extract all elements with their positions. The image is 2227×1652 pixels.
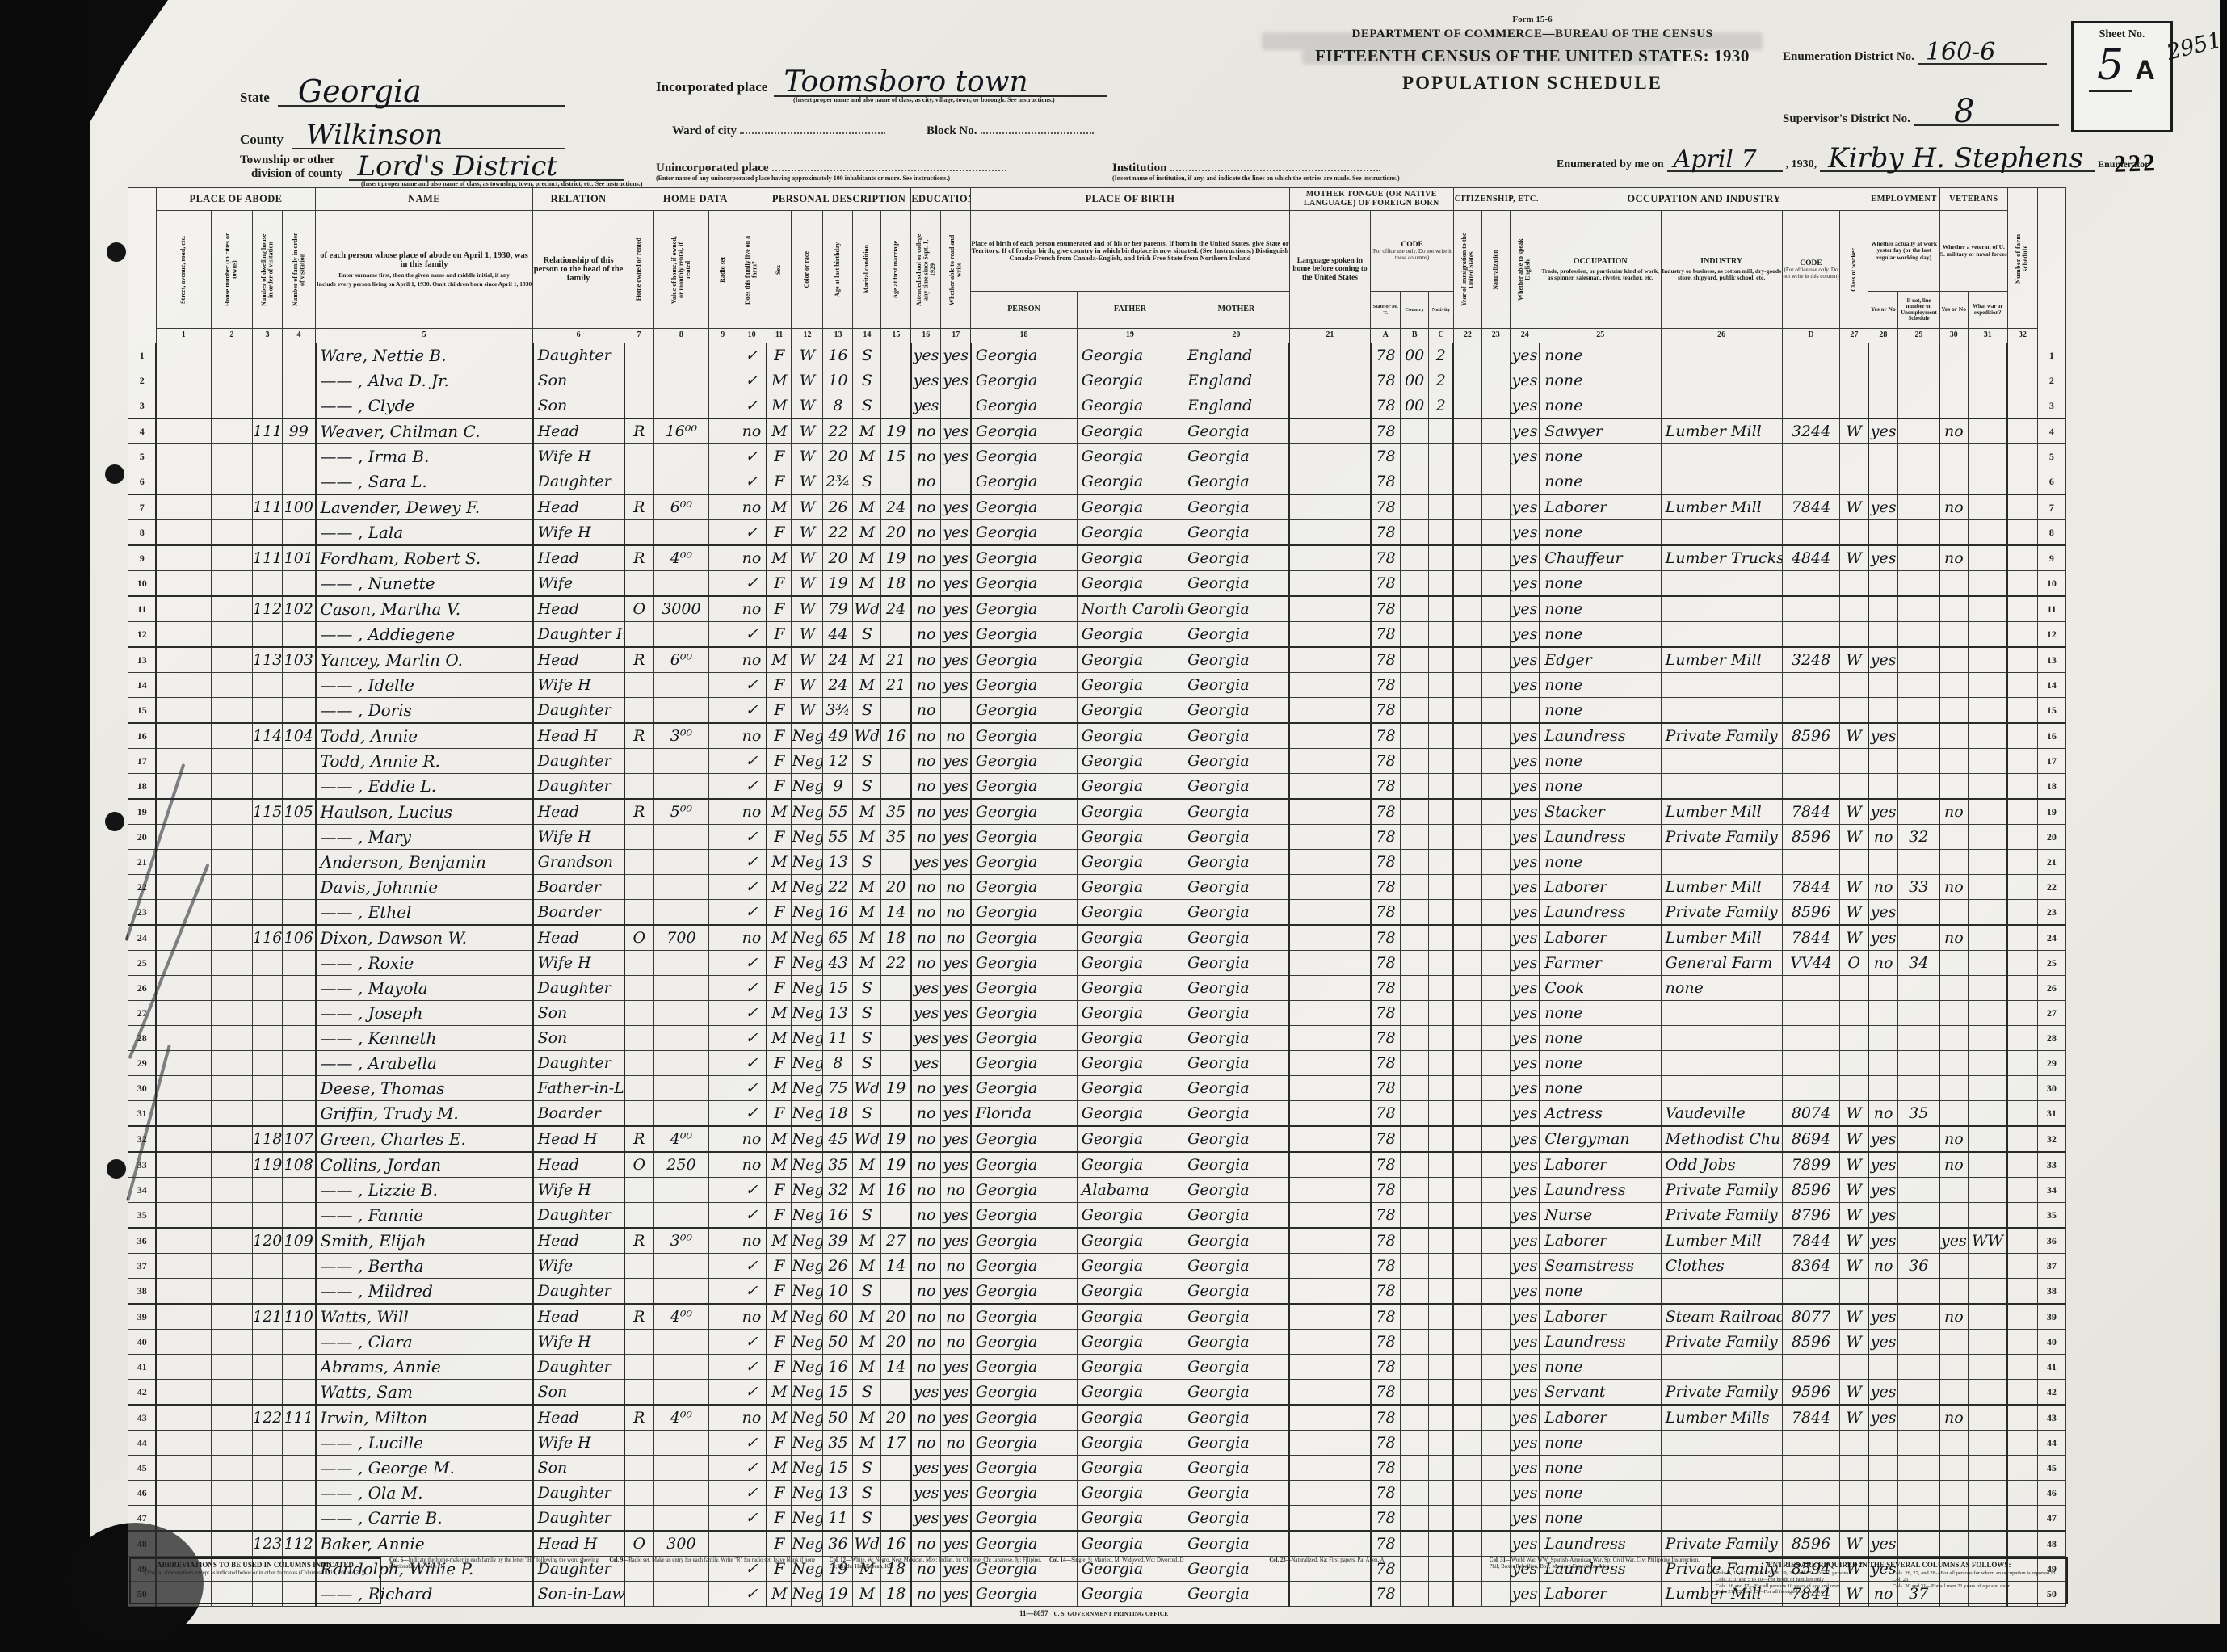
- cell-c11: M: [767, 799, 792, 825]
- cell-c1: [156, 418, 211, 444]
- cell-c19: Georgia: [1077, 545, 1183, 571]
- cell-c23: [1481, 1126, 1510, 1152]
- cell-cC: [1429, 1101, 1454, 1127]
- cell-c26: [1661, 1456, 1782, 1481]
- cell-cC: [1429, 1026, 1454, 1051]
- cell-c27: [1840, 976, 1868, 1001]
- table-row: 46—— , Ola M.Daughter✓FNeg13SyesyesGeorg…: [128, 1481, 2066, 1506]
- cell-c24: yes: [1510, 368, 1540, 393]
- cell-c10: ✓: [737, 1380, 767, 1406]
- cell-c3: [253, 571, 283, 597]
- cell-c1: [156, 925, 211, 951]
- cell-c18: Georgia: [971, 673, 1077, 698]
- cell-c25: Laborer: [1540, 925, 1661, 951]
- cell-c24: yes: [1510, 1178, 1540, 1203]
- cell-c31: [1968, 1405, 2007, 1431]
- cell-c31: [1968, 673, 2007, 698]
- cell-c12: Neg: [792, 1330, 823, 1355]
- line-number: 18: [2037, 774, 2065, 800]
- cell-c10: ✓: [737, 1330, 767, 1355]
- cell-c26: Private Family: [1661, 723, 1782, 749]
- cell-c15: 22: [881, 951, 911, 976]
- cell-cD: 8596: [1782, 825, 1840, 850]
- cell-c2: [211, 673, 252, 698]
- cell-c23: [1481, 622, 1510, 648]
- cell-c22: [1453, 1076, 1481, 1101]
- cell-c8: [654, 1026, 709, 1051]
- cell-c9: [708, 571, 737, 597]
- cell-c29: [1898, 673, 1939, 698]
- cell-c10: ✓: [737, 1355, 767, 1380]
- cell-c10: ✓: [737, 520, 767, 546]
- cell-c29: [1898, 520, 1939, 546]
- line-number: 31: [128, 1101, 157, 1127]
- cell-c7: [624, 393, 654, 419]
- cell-c7: [624, 698, 654, 724]
- cell-c18: Georgia: [971, 1330, 1077, 1355]
- cell-c32: [2007, 1431, 2037, 1456]
- cell-c9: [708, 1026, 737, 1051]
- cell-c17: no: [941, 1431, 971, 1456]
- cell-c22: [1453, 900, 1481, 926]
- table-row: 32118107Green, Charles E.Head HR4⁰⁰noMNe…: [128, 1126, 2066, 1152]
- cell-c25: none: [1540, 1051, 1661, 1076]
- cell-cA: 78: [1371, 469, 1401, 495]
- cell-c21: [1289, 1405, 1371, 1431]
- cell-c28: [1868, 368, 1898, 393]
- cell-c3: [253, 825, 283, 850]
- cell-c13: 12: [823, 749, 853, 774]
- cell-c24: yes: [1510, 1051, 1540, 1076]
- cell-c28: yes: [1868, 799, 1898, 825]
- cell-rel: Head: [533, 596, 624, 622]
- cell-c26: [1661, 774, 1782, 800]
- cell-c31: [1968, 1178, 2007, 1203]
- cell-c8: [654, 850, 709, 875]
- cell-c19: Georgia: [1077, 673, 1183, 698]
- line-number: 48: [128, 1531, 157, 1557]
- census-table: PLACE OF ABODE NAME RELATION HOME DATA P…: [128, 187, 2066, 1607]
- cell-c28: [1868, 1355, 1898, 1380]
- line-number: 17: [2037, 749, 2065, 774]
- cell-c2: [211, 622, 252, 648]
- line-number: 31: [2037, 1101, 2065, 1127]
- cell-c15: 15: [881, 444, 911, 469]
- line-number: 29: [128, 1051, 157, 1076]
- cell-c9: [708, 1279, 737, 1305]
- cell-c23: [1481, 343, 1510, 368]
- cell-c3: 116: [253, 925, 283, 951]
- cell-cA: 78: [1371, 925, 1401, 951]
- cell-c12: Neg: [792, 1178, 823, 1203]
- cell-c31: [1968, 1126, 2007, 1152]
- cell-c26: Lumber Mill: [1661, 875, 1782, 900]
- cell-c9: [708, 799, 737, 825]
- cell-c3: 119: [253, 1152, 283, 1178]
- cell-c21: [1289, 875, 1371, 900]
- cell-c16: no: [911, 1330, 941, 1355]
- cell-c30: no: [1939, 925, 1968, 951]
- hole-punch: [105, 812, 124, 831]
- cell-c31: [1968, 494, 2007, 520]
- cell-c10: ✓: [737, 774, 767, 800]
- cell-c9: [708, 1101, 737, 1127]
- cell-c24: yes: [1510, 1254, 1540, 1279]
- cell-cA: 78: [1371, 1026, 1401, 1051]
- table-row: 17Todd, Annie R.Daughter✓FNeg12SnoyesGeo…: [128, 749, 2066, 774]
- line-number: 11: [128, 596, 157, 622]
- cell-c27: W: [1840, 1254, 1868, 1279]
- cell-c21: [1289, 1178, 1371, 1203]
- cell-c29: [1898, 418, 1939, 444]
- cell-rel: Son: [533, 368, 624, 393]
- cell-rel: Head: [533, 1228, 624, 1254]
- cell-c21: [1289, 1228, 1371, 1254]
- footer-abbrev-note: Col. 23—Naturalized, Na; First papers, P…: [1269, 1557, 1482, 1604]
- cell-c16: no: [911, 647, 941, 673]
- cell-c32: [2007, 1481, 2037, 1506]
- cell-c22: [1453, 368, 1481, 393]
- cell-c17: yes: [941, 1506, 971, 1532]
- cell-cD: 8596: [1782, 1330, 1840, 1355]
- cell-c2: [211, 444, 252, 469]
- column-number: 29: [1898, 329, 1939, 343]
- cell-c19: Georgia: [1077, 774, 1183, 800]
- table-row: 23—— , EthelBoarder✓FNeg16M14nonoGeorgia…: [128, 900, 2066, 926]
- group-personal-description: PERSONAL DESCRIPTION: [767, 188, 911, 211]
- cell-c24: yes: [1510, 673, 1540, 698]
- line-number: 37: [128, 1254, 157, 1279]
- line-number: 10: [128, 571, 157, 597]
- cell-c7: [624, 368, 654, 393]
- table-row: 31Griffin, Trudy M.Boarder✓FNeg18SnoyesF…: [128, 1101, 2066, 1127]
- cell-c4: [282, 1001, 315, 1026]
- cell-c19: Georgia: [1077, 368, 1183, 393]
- cell-c32: [2007, 343, 2037, 368]
- line-number: 40: [2037, 1330, 2065, 1355]
- cell-c13: 16: [823, 343, 853, 368]
- column-numbers-row: 123456789101112131415161718192021ABC2223…: [128, 329, 2066, 343]
- cell-c11: M: [767, 647, 792, 673]
- line-number: 34: [2037, 1178, 2065, 1203]
- line-number: 36: [128, 1228, 157, 1254]
- cell-c29: [1898, 698, 1939, 724]
- cell-c12: W: [792, 343, 823, 368]
- line-number: 34: [128, 1178, 157, 1203]
- county-label: County: [240, 132, 284, 147]
- cell-c23: [1481, 368, 1510, 393]
- col-10-header: Does this family live on a farm?: [737, 211, 767, 329]
- cell-c2: [211, 1254, 252, 1279]
- line-number: 14: [128, 673, 157, 698]
- cell-cC: [1429, 1304, 1454, 1330]
- cell-c31: [1968, 1203, 2007, 1229]
- cell-c22: [1453, 825, 1481, 850]
- cell-c24: yes: [1510, 1228, 1540, 1254]
- cell-cC: [1429, 1456, 1454, 1481]
- cell-c27: [1840, 749, 1868, 774]
- cell-c23: [1481, 900, 1510, 926]
- cell-c2: [211, 1152, 252, 1178]
- cell-c8: [654, 1178, 709, 1203]
- cell-c20: Georgia: [1183, 622, 1289, 648]
- cell-c13: 50: [823, 1405, 853, 1431]
- cell-c1: [156, 976, 211, 1001]
- cell-c21: [1289, 825, 1371, 850]
- footer-entries-note: Cols. 30 and 31—For all men 21 years of …: [1893, 1583, 2063, 1590]
- cell-c22: [1453, 976, 1481, 1001]
- cell-c29: 32: [1898, 825, 1939, 850]
- cell-c32: [2007, 1531, 2037, 1557]
- cell-c8: [654, 1355, 709, 1380]
- cell-c9: [708, 1076, 737, 1101]
- cell-c29: [1898, 1203, 1939, 1229]
- cell-c17: yes: [941, 1228, 971, 1254]
- col-16-header: Attended school or college any time sinc…: [911, 211, 941, 329]
- cell-cB: [1401, 1456, 1429, 1481]
- cell-cC: [1429, 799, 1454, 825]
- cell-c10: no: [737, 1126, 767, 1152]
- cell-c9: [708, 925, 737, 951]
- cell-c29: [1898, 850, 1939, 875]
- cell-c20: Georgia: [1183, 1203, 1289, 1229]
- cell-c4: [282, 343, 315, 368]
- cell-c2: [211, 1126, 252, 1152]
- cell-c29: [1898, 976, 1939, 1001]
- cell-c2: [211, 799, 252, 825]
- cell-c8: [654, 749, 709, 774]
- cell-rel: Boarder: [533, 900, 624, 926]
- cell-c28: [1868, 393, 1898, 419]
- cell-c25: Laundress: [1540, 1330, 1661, 1355]
- table-row: 45—— , George M.Son✓MNeg15SyesyesGeorgia…: [128, 1456, 2066, 1481]
- cell-cA: 78: [1371, 1380, 1401, 1406]
- cell-c21: [1289, 1051, 1371, 1076]
- cell-cA: 78: [1371, 622, 1401, 648]
- cell-c14: S: [853, 749, 881, 774]
- cell-c19: Georgia: [1077, 1531, 1183, 1557]
- cell-c13: 35: [823, 1431, 853, 1456]
- cell-c10: ✓: [737, 393, 767, 419]
- cell-c11: M: [767, 1152, 792, 1178]
- cell-c32: [2007, 1001, 2037, 1026]
- cell-c11: M: [767, 850, 792, 875]
- cell-c32: [2007, 825, 2037, 850]
- cell-c25: Nurse: [1540, 1203, 1661, 1229]
- cell-c11: F: [767, 900, 792, 926]
- cell-c15: 20: [881, 520, 911, 546]
- schedule-title: POPULATION SCHEDULE: [1205, 73, 1859, 94]
- cell-c27: W: [1840, 925, 1868, 951]
- cell-c28: [1868, 1026, 1898, 1051]
- cell-c17: yes: [941, 1279, 971, 1305]
- cell-cD: 7844: [1782, 1228, 1840, 1254]
- cell-c31: [1968, 1531, 2007, 1557]
- cell-c7: R: [624, 799, 654, 825]
- cell-c16: no: [911, 951, 941, 976]
- cell-c32: [2007, 976, 2037, 1001]
- line-number: 3: [128, 393, 157, 419]
- incorporated-field: Incorporated place Toomsboro town (Inser…: [656, 69, 1107, 103]
- cell-c3: [253, 1178, 283, 1203]
- cell-c20: Georgia: [1183, 723, 1289, 749]
- line-number: 47: [128, 1506, 157, 1532]
- cell-c29: [1898, 1126, 1939, 1152]
- cell-c16: no: [911, 723, 941, 749]
- cell-c16: no: [911, 1531, 941, 1557]
- line-number: 28: [2037, 1026, 2065, 1051]
- cell-c7: [624, 900, 654, 926]
- cell-c22: [1453, 1026, 1481, 1051]
- line-number: 44: [2037, 1431, 2065, 1456]
- cell-c27: W: [1840, 1531, 1868, 1557]
- cell-c19: Georgia: [1077, 976, 1183, 1001]
- cell-c21: [1289, 1254, 1371, 1279]
- cell-c16: no: [911, 1279, 941, 1305]
- line-number: 25: [2037, 951, 2065, 976]
- cell-c14: M: [853, 545, 881, 571]
- cell-c13: 39: [823, 1228, 853, 1254]
- cell-c12: W: [792, 469, 823, 495]
- cell-c16: no: [911, 1405, 941, 1431]
- cell-c22: [1453, 1405, 1481, 1431]
- cell-c18: Georgia: [971, 647, 1077, 673]
- cell-c15: 35: [881, 825, 911, 850]
- line-number: 7: [2037, 494, 2065, 520]
- cell-cC: [1429, 1126, 1454, 1152]
- cell-c23: [1481, 1330, 1510, 1355]
- cell-c21: [1289, 850, 1371, 875]
- cell-cB: [1401, 1355, 1429, 1380]
- cell-c7: [624, 1431, 654, 1456]
- cell-cB: [1401, 1203, 1429, 1229]
- cell-c16: yes: [911, 1506, 941, 1532]
- cell-c3: [253, 1506, 283, 1532]
- cell-c23: [1481, 647, 1510, 673]
- cell-cB: [1401, 976, 1429, 1001]
- cell-c21: [1289, 1001, 1371, 1026]
- cell-c12: Neg: [792, 875, 823, 900]
- cell-cB: [1401, 1481, 1429, 1506]
- cell-c31: [1968, 469, 2007, 495]
- cell-c18: Georgia: [971, 1026, 1077, 1051]
- cell-c4: [282, 469, 315, 495]
- cell-c27: W: [1840, 1304, 1868, 1330]
- cell-c8: [654, 976, 709, 1001]
- cell-c14: M: [853, 1355, 881, 1380]
- cell-c20: Georgia: [1183, 1101, 1289, 1127]
- cell-c30: [1939, 1203, 1968, 1229]
- cell-c14: Wd: [853, 596, 881, 622]
- cell-c22: [1453, 925, 1481, 951]
- cell-c3: 118: [253, 1126, 283, 1152]
- cell-c27: [1840, 1506, 1868, 1532]
- cell-name: Yancey, Marlin O.: [316, 647, 533, 673]
- cell-name: Collins, Jordan: [316, 1152, 533, 1178]
- cell-c10: ✓: [737, 622, 767, 648]
- cell-c17: yes: [941, 1531, 971, 1557]
- cell-c32: [2007, 925, 2037, 951]
- cell-c26: [1661, 393, 1782, 419]
- cell-c11: M: [767, 1026, 792, 1051]
- cell-c11: F: [767, 1531, 792, 1557]
- cell-c28: yes: [1868, 925, 1898, 951]
- cell-c28: [1868, 343, 1898, 368]
- cell-c18: Georgia: [971, 774, 1077, 800]
- cell-c23: [1481, 1304, 1510, 1330]
- cell-c2: [211, 825, 252, 850]
- cell-c25: none: [1540, 698, 1661, 724]
- cell-c22: [1453, 1380, 1481, 1406]
- cell-c1: [156, 799, 211, 825]
- cell-c26: Private Family: [1661, 1531, 1782, 1557]
- column-number: 1: [156, 329, 211, 343]
- cell-c28: [1868, 1431, 1898, 1456]
- cell-c3: [253, 749, 283, 774]
- cell-c26: [1661, 368, 1782, 393]
- cell-cB: [1401, 1405, 1429, 1431]
- cell-c14: M: [853, 1304, 881, 1330]
- line-number: 28: [128, 1026, 157, 1051]
- cell-c23: [1481, 1178, 1510, 1203]
- cell-cC: 2: [1429, 368, 1454, 393]
- cell-c16: no: [911, 774, 941, 800]
- cell-c2: [211, 1076, 252, 1101]
- cell-c10: ✓: [737, 1076, 767, 1101]
- cell-c26: Private Family: [1661, 900, 1782, 926]
- cell-c1: [156, 571, 211, 597]
- cell-c3: [253, 850, 283, 875]
- cell-c32: [2007, 1380, 2037, 1406]
- cell-c13: 13: [823, 1481, 853, 1506]
- cell-cB: [1401, 1152, 1429, 1178]
- cell-c32: [2007, 900, 2037, 926]
- cell-rel: Son: [533, 393, 624, 419]
- cell-c17: yes: [941, 1126, 971, 1152]
- cell-c26: Vaudeville: [1661, 1101, 1782, 1127]
- cell-c13: 19: [823, 571, 853, 597]
- cell-c14: M: [853, 875, 881, 900]
- census-table-wrap: PLACE OF ABODE NAME RELATION HOME DATA P…: [128, 187, 2066, 1607]
- line-number: 14: [2037, 673, 2065, 698]
- cell-c26: Private Family: [1661, 1330, 1782, 1355]
- cell-c3: [253, 368, 283, 393]
- cell-cB: [1401, 1228, 1429, 1254]
- cell-c17: yes: [941, 749, 971, 774]
- cell-c30: [1939, 368, 1968, 393]
- cell-c10: ✓: [737, 850, 767, 875]
- cell-c12: Neg: [792, 1405, 823, 1431]
- cell-c29: [1898, 1380, 1939, 1406]
- cell-c24: yes: [1510, 774, 1540, 800]
- abbreviation-notes: Col. 6—Indicate the home-maker in each f…: [389, 1557, 1703, 1604]
- cell-c26: [1661, 469, 1782, 495]
- cell-c28: [1868, 622, 1898, 648]
- cell-c2: [211, 469, 252, 495]
- cell-cB: [1401, 444, 1429, 469]
- cell-c4: 104: [282, 723, 315, 749]
- cell-c18: Georgia: [971, 1355, 1077, 1380]
- cell-c32: [2007, 1051, 2037, 1076]
- cell-c4: 101: [282, 545, 315, 571]
- cell-c16: no: [911, 1101, 941, 1127]
- cell-c24: yes: [1510, 571, 1540, 597]
- cell-c3: [253, 1076, 283, 1101]
- cell-c19: Georgia: [1077, 444, 1183, 469]
- line-number: 43: [2037, 1405, 2065, 1431]
- cell-c18: Georgia: [971, 393, 1077, 419]
- cell-rel: Wife H: [533, 444, 624, 469]
